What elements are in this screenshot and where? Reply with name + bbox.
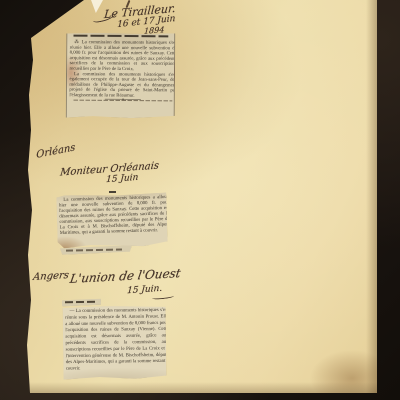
- torn-fragment-dash: [107, 189, 118, 195]
- torn-print-remnant: [73, 34, 168, 37]
- clipping-3-paragraph-1: — La commission des monuments historique…: [65, 307, 166, 372]
- handwritten-city-2: Orléans: [36, 142, 75, 161]
- scan-background: Le Tirailleur. 16 et 17 Juin 1894 ⁂ La c…: [0, 0, 400, 400]
- clipping-3-text: — La commission des monuments historique…: [63, 305, 167, 372]
- clipping-1-paragraph-1: ⁂ La commission des monuments historique…: [70, 39, 176, 72]
- handwritten-date-3: 15 Juin.: [127, 284, 163, 297]
- handwritten-city-3: Angers: [32, 270, 69, 283]
- handwritten-journal-title-3: L'union de l'Ouest: [69, 266, 182, 286]
- page-bottom-shadow: [28, 382, 377, 393]
- clipping-1-paragraph-2: La commission des monuments historiques …: [69, 71, 175, 98]
- clipping-1-text: ⁂ La commission des monuments historique…: [67, 37, 175, 101]
- newspaper-clipping-1: ⁂ La commission des monuments historique…: [66, 33, 176, 119]
- section-divider-rule: [105, 98, 141, 99]
- page-right-shadow: [366, 0, 377, 393]
- scrapbook-page: Le Tirailleur. 16 et 17 Juin 1894 ⁂ La c…: [0, 0, 400, 400]
- newspaper-clipping-3: — La commission des monuments historique…: [63, 305, 167, 379]
- clipping-2-text: La commission des monuments historiques …: [56, 192, 167, 236]
- handwritten-date-2: 15 Juin: [106, 173, 139, 185]
- newspaper-clipping-2: La commission des monuments historiques …: [56, 192, 167, 248]
- torn-fragment-above-clipping-3: [62, 299, 101, 307]
- clipping-2-paragraph-1: La commission des monuments historiques …: [59, 194, 168, 236]
- handwriting-underline-flourish: [152, 294, 174, 300]
